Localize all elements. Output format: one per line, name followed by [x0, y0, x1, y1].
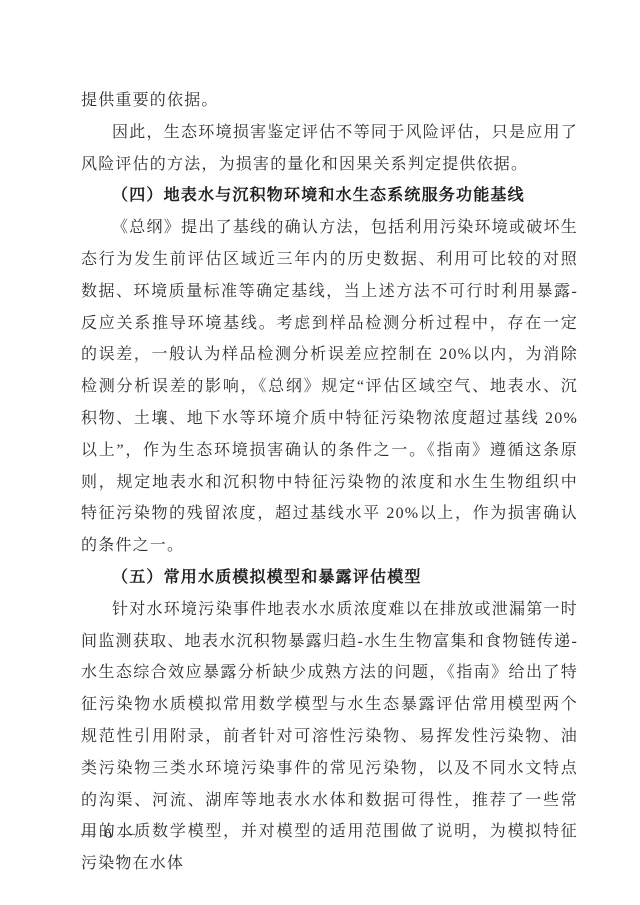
footer-dash-left: — — [81, 826, 96, 842]
paragraph: 因此，生态环境损害鉴定评估不等同于风险评估，只是应用了风险评估的方法，为损害的量… — [81, 117, 578, 181]
paragraph-continuation: 提供重要的依据。 — [81, 85, 578, 117]
section-heading-4: （四）地表水与沉积物环境和水生态系统服务功能基线 — [81, 180, 578, 212]
footer-dash-right: — — [121, 826, 136, 842]
document-page: 提供重要的依据。 因此，生态环境损害鉴定评估不等同于风险评估，只是应用了风险评估… — [0, 0, 640, 905]
section-heading-5: （五）常用水质模拟模型和暴露评估模型 — [81, 562, 578, 594]
page-footer: —6— — [81, 826, 135, 842]
paragraph: 《总纲》提出了基线的确认方法，包括利用污染环境或破坏生态行为发生前评估区域近三年… — [81, 212, 578, 562]
document-body: 提供重要的依据。 因此，生态环境损害鉴定评估不等同于风险评估，只是应用了风险评估… — [81, 85, 578, 880]
page-number: 6 — [105, 826, 112, 842]
paragraph: 针对水环境污染事件地表水水质浓度难以在排放或泄漏第一时间监测获取、地表水沉积物暴… — [81, 594, 578, 880]
